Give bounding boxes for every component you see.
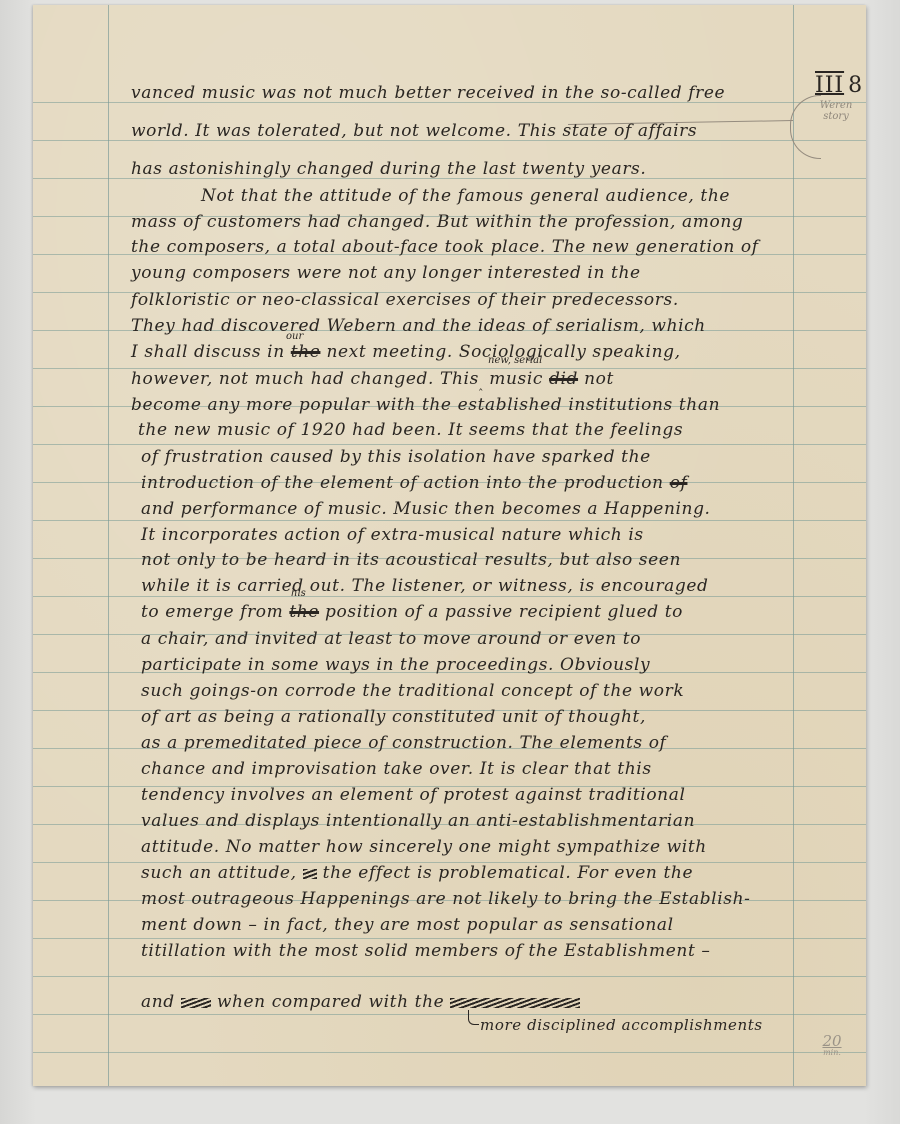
- timing-note: 20 min.: [815, 1035, 849, 1059]
- page-number: III8: [815, 73, 863, 98]
- ruled-line: [33, 938, 866, 939]
- text-line-4: Not that the attitude of the famous gene…: [201, 186, 730, 206]
- text-line-28: values and displays intentionally an ant…: [141, 811, 695, 831]
- text-line-10: I shall discuss in the next meeting. Soc…: [131, 342, 681, 362]
- manuscript-page: III8 Weren story vanced music was not mu…: [33, 5, 866, 1086]
- text-line-6: the composers, a total about-face took p…: [131, 237, 759, 257]
- text-line-21: a chair, and invited at least to move ar…: [141, 629, 641, 649]
- left-margin-rule: [108, 5, 109, 1086]
- text-line-22: participate in some ways in the proceedi…: [141, 655, 650, 675]
- text-line-19: while it is carried out. The listener, o…: [141, 576, 709, 596]
- text-line-17: It incorporates action of extra-musical …: [141, 525, 644, 545]
- ruled-line: [33, 520, 866, 521]
- pencil-margin-note: Weren story: [813, 100, 859, 122]
- text-line-29: attitude. No matter how sincerely one mi…: [141, 837, 707, 857]
- scribbled-out-word: [303, 869, 317, 879]
- struck-word: the: [289, 602, 319, 622]
- text-segment: I shall discuss in: [131, 342, 285, 362]
- text-segment: not: [584, 369, 614, 389]
- scribbled-out-word: [181, 998, 211, 1008]
- text-line-27: tendency involves an element of protest …: [141, 785, 686, 805]
- text-line-26: chance and improvisation take over. It i…: [141, 759, 652, 779]
- text-line-24: of art as being a rationally constituted…: [141, 707, 646, 727]
- text-segment: when compared with the: [217, 992, 445, 1012]
- text-line-8: folkloristic or neo-classical exercises …: [131, 290, 679, 310]
- struck-word: did: [549, 369, 578, 389]
- interlinear-insert-new-serial: new, serial: [488, 355, 542, 366]
- text-line-14: of frustration caused by this isolation …: [141, 447, 651, 467]
- text-segment: and: [141, 992, 175, 1012]
- scan-background: III8 Weren story vanced music was not mu…: [0, 0, 900, 1124]
- text-segment: such an attitude,: [141, 863, 297, 883]
- text-line-16: and performance of music. Music then bec…: [141, 499, 711, 519]
- text-line-11: however, not much had changed. This‸ mus…: [131, 369, 614, 395]
- insertion-caret: ‸: [479, 378, 483, 391]
- page-number-arabic: 8: [848, 73, 863, 98]
- text-segment: however, not much had changed. This: [131, 369, 479, 389]
- ruled-line: [33, 444, 866, 445]
- text-line-32: ment down – in fact, they are most popul…: [141, 915, 674, 935]
- text-line-31: most outrageous Happenings are not likel…: [141, 889, 750, 909]
- text-line-5: mass of customers had changed. But withi…: [131, 212, 743, 232]
- inserted-phrase-below: more disciplined accomplishments: [480, 1015, 763, 1035]
- text-line-1: vanced music was not much better receive…: [131, 83, 725, 103]
- text-line-25: as a premeditated piece of construction.…: [141, 733, 666, 753]
- text-segment: position of a passive recipient glued to: [325, 602, 683, 622]
- text-line-30: such an attitude, the effect is problema…: [141, 863, 693, 883]
- text-line-18: not only to be heard in its acoustical r…: [141, 550, 681, 570]
- ruled-line: [33, 976, 866, 977]
- interlinear-insert-our: our: [286, 331, 303, 342]
- text-segment: introduction of the element of action in…: [141, 473, 664, 493]
- text-line-20: to emerge from the position of a passive…: [141, 602, 683, 622]
- struck-word: of: [670, 473, 688, 493]
- text-line-2: world. It was tolerated, but not welcome…: [131, 121, 697, 141]
- text-segment: the effect is problematical. For even th…: [323, 863, 693, 883]
- text-line-33: titillation with the most solid members …: [141, 941, 711, 961]
- text-line-9: They had discovered Webern and the ideas…: [131, 316, 706, 336]
- interlinear-insert-his: his: [291, 588, 306, 599]
- ruled-line: [33, 1052, 866, 1053]
- text-segment: music: [489, 369, 543, 389]
- timing-note-value: 20: [815, 1035, 849, 1047]
- right-margin-rule: [793, 5, 794, 1086]
- struck-word: the: [291, 342, 321, 362]
- text-line-15: introduction of the element of action in…: [141, 473, 687, 493]
- text-line-23: such goings-on corrode the traditional c…: [141, 681, 684, 701]
- insertion-hook: [468, 1010, 479, 1025]
- ruled-line: [33, 596, 866, 597]
- timing-note-unit: min.: [815, 1047, 849, 1059]
- text-line-13: the new music of 1920 had been. It seems…: [138, 420, 683, 440]
- scribbled-out-phrase: [450, 998, 580, 1008]
- text-segment: to emerge from: [141, 602, 283, 622]
- text-line-7: young composers were not any longer inte…: [131, 263, 641, 283]
- text-line-3: has astonishingly changed during the las…: [131, 159, 646, 179]
- text-line-34: and when compared with the: [141, 992, 580, 1012]
- text-line-12: become any more popular with the establi…: [131, 395, 720, 415]
